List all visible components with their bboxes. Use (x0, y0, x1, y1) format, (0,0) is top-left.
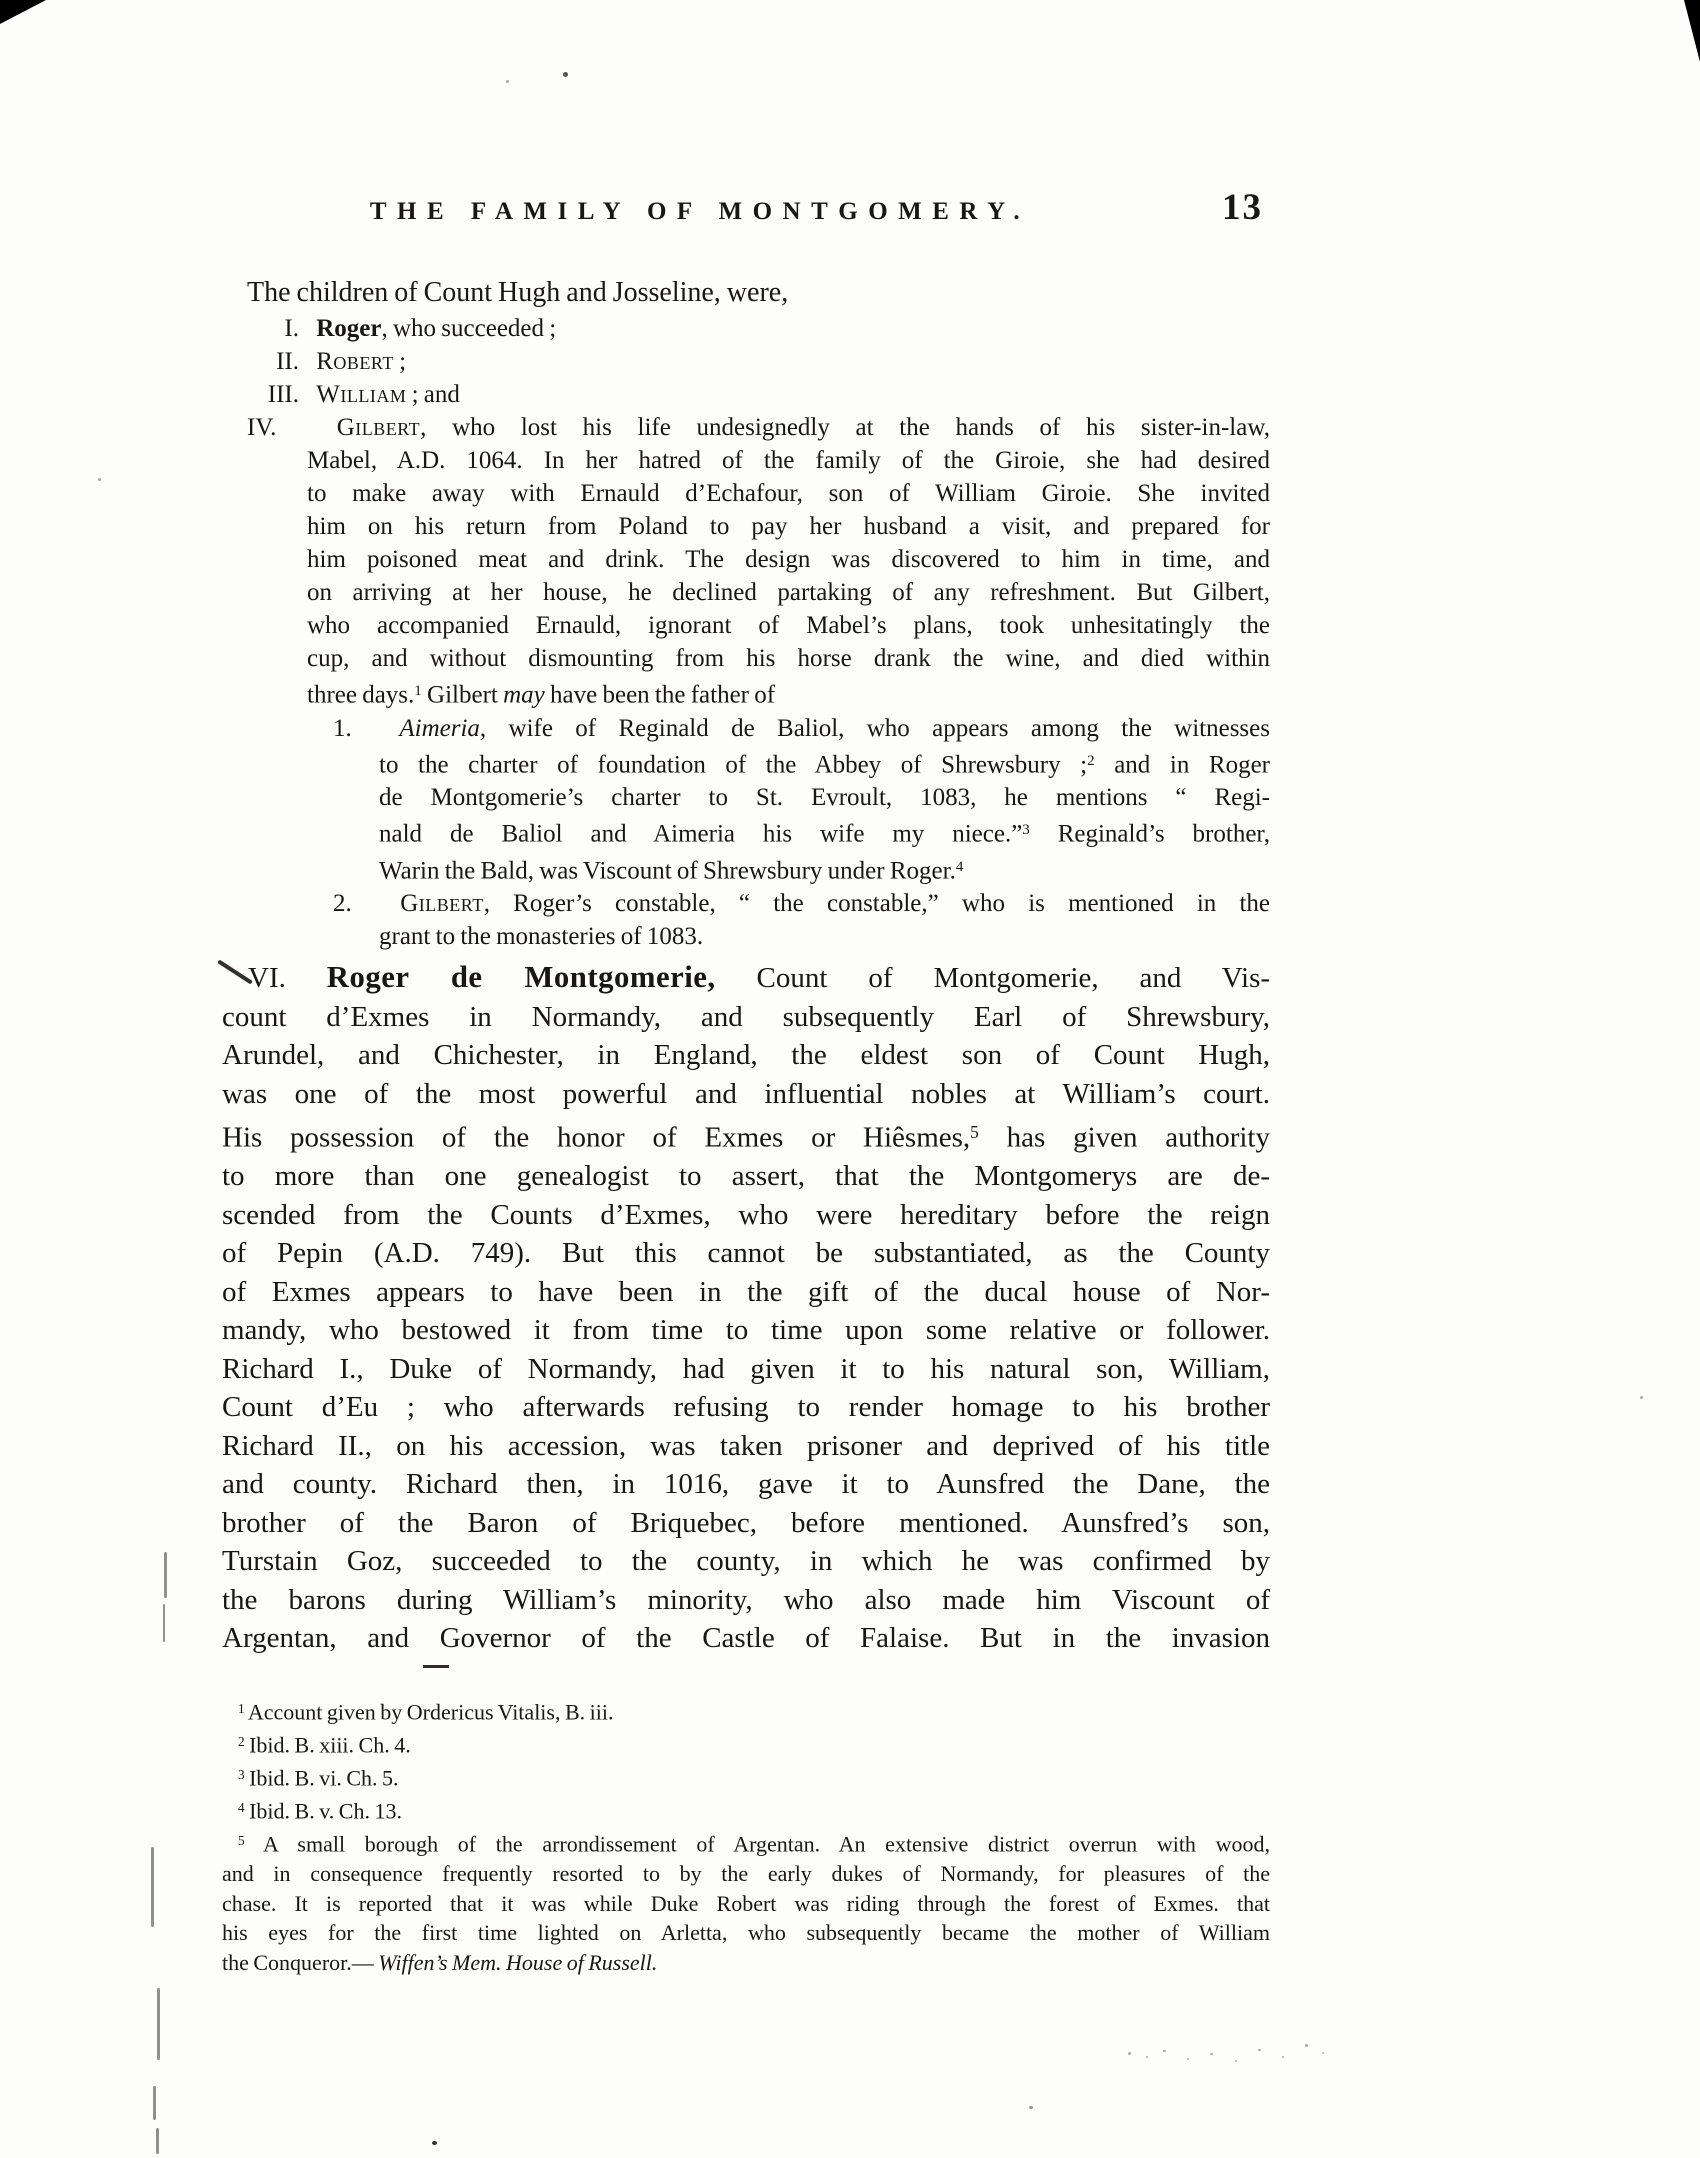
grandchild-item-aimeria: 1. Aimeria, wife of Reginald de Baliol, … (333, 712, 1270, 888)
text-line: chase. It is reported that it was while … (222, 1889, 1270, 1919)
text-line: Mabel, A.D. 1064. In her hatred of the f… (247, 444, 1270, 477)
scan-artifact-corner (1684, 0, 1700, 62)
child-item-roger: I. Roger, who succeeded ; (247, 312, 1270, 345)
scan-artifact-mark (156, 2128, 159, 2154)
footnote-separator (423, 1665, 449, 1668)
grandchild-item-gilbert: 2. Gilbert, Roger’s constable, “ the con… (333, 887, 1270, 953)
text-line: Argentan, and Governor of the Castle of … (222, 1619, 1270, 1658)
text-line: his eyes for the first time lighted on A… (222, 1918, 1270, 1948)
text-line: II. Robert ; (247, 345, 1270, 378)
header-title: THE FAMILY OF MONTGOMERY. (370, 198, 1030, 226)
styled-text: William (316, 381, 406, 408)
styled-text: 1. (333, 712, 363, 745)
text-line: brother of the Baron of Briquebec, befor… (222, 1504, 1270, 1543)
styled-text: may (503, 682, 545, 709)
scan-artifact-mark (151, 1847, 154, 1927)
scan-artifact-speck (1163, 2050, 1166, 2052)
text-line: VI. Roger de Montgomerie, Count of Montg… (222, 958, 1270, 998)
scan-artifact-speck (432, 2141, 437, 2145)
scan-artifact-corner (0, 0, 46, 24)
styled-text: III. (247, 378, 299, 411)
footnote-marker: 1 (238, 1701, 245, 1716)
footnote-marker: 1 (414, 683, 422, 699)
text-line: 5 A small borough of the arrondissement … (222, 1826, 1270, 1859)
styled-text: 2. (333, 887, 363, 920)
text-line: count d’Exmes in Normandy, and subsequen… (222, 998, 1270, 1037)
footnotes-section: 1 Account given by Ordericus Vitalis, B.… (222, 1694, 1270, 1977)
footnote-marker: 5 (970, 1122, 979, 1142)
text-line: 2. Gilbert, Roger’s constable, “ the con… (333, 887, 1270, 920)
running-header: THE FAMILY OF MONTGOMERY. (222, 198, 1270, 226)
intro-line: The children of Count Hugh and Josseline… (247, 274, 1270, 312)
scan-artifact-speck (1128, 2052, 1131, 2055)
child-item-robert: II. Robert ; (247, 345, 1270, 378)
text-line: who accompanied Ernauld, ignorant of Mab… (247, 609, 1270, 642)
text-line: mandy, who bestowed it from time to time… (222, 1311, 1270, 1350)
child-item-gilbert: IV. Gilbert, who lost his life undesigne… (247, 411, 1270, 712)
child-item-william: III. William ; and (247, 378, 1270, 411)
scan-artifact-mark (163, 1604, 165, 1642)
genealogy-section: The children of Count Hugh and Josseline… (247, 274, 1270, 953)
styled-text: I. (247, 312, 299, 345)
scan-artifact-mark (164, 1552, 167, 1598)
footnote-marker: 5 (238, 1833, 245, 1848)
scan-artifact-speck (1029, 2106, 1033, 2109)
text-line: de Montgomerie’s charter to St. Evroult,… (333, 781, 1270, 814)
text-line: Richard I., Duke of Normandy, had given … (222, 1350, 1270, 1389)
footnote-marker: 4 (956, 859, 964, 875)
scan-artifact-speck (1305, 2044, 1308, 2047)
text-line: was one of the most powerful and influen… (222, 1075, 1270, 1114)
text-line: scended from the Counts d’Exmes, who wer… (222, 1196, 1270, 1235)
styled-text: II. (247, 345, 299, 378)
text-line: III. William ; and (247, 378, 1270, 411)
footnote-2: 2 Ibid. B. xiii. Ch. 4. (222, 1727, 1270, 1760)
footnote-3: 3 Ibid. B. vi. Ch. 5. (222, 1760, 1270, 1793)
footnote-marker: 3 (1022, 822, 1030, 838)
text-line: of Exmes appears to have been in the gif… (222, 1273, 1270, 1312)
footnote-marker: 3 (238, 1767, 245, 1782)
text-line: IV. Gilbert, who lost his life undesigne… (247, 411, 1270, 444)
text-line: the Conqueror.— Wiffen’s Mem. House of R… (222, 1948, 1270, 1978)
text-line: three days.1 Gilbert may have been the f… (247, 675, 1270, 712)
footnote-5: 5 A small borough of the arrondissement … (222, 1826, 1270, 1977)
footnote-marker: 4 (238, 1800, 245, 1815)
styled-text: Wiffen’s Mem. House of Russell. (378, 1950, 657, 1975)
styled-text: Gilbert (337, 414, 420, 441)
main-paragraph: VI. Roger de Montgomerie, Count of Montg… (222, 958, 1270, 1658)
scan-artifact-speck (1322, 2052, 1324, 2054)
scan-artifact-speck (563, 72, 568, 77)
footnote-marker: 2 (1087, 753, 1095, 769)
text-line: nald de Baliol and Aimeria his wife my n… (333, 814, 1270, 851)
text-line: grant to the monasteries of 1083. (333, 920, 1270, 953)
text-line: on arriving at her house, he declined pa… (247, 576, 1270, 609)
text-line: I. Roger, who succeeded ; (247, 312, 1270, 345)
text-line: cup, and without dismounting from his ho… (247, 642, 1270, 675)
scan-artifact-speck (1282, 2056, 1284, 2058)
text-line: 3 Ibid. B. vi. Ch. 5. (222, 1760, 1270, 1793)
scan-artifact-mark (157, 1988, 160, 2060)
page-number: 13 (1222, 186, 1263, 229)
text-line: Arundel, and Chichester, in England, the… (222, 1036, 1270, 1075)
text-line: to more than one genealogist to assert, … (222, 1157, 1270, 1196)
scan-artifact-mark (153, 2086, 156, 2120)
text-line: Warin the Bald, was Viscount of Shrewsbu… (333, 851, 1270, 888)
styled-text: Aimeria (399, 715, 480, 742)
text-line: Richard II., on his accession, was taken… (222, 1427, 1270, 1466)
scan-artifact-speck (1235, 2060, 1237, 2062)
styled-text: Gilbert (400, 890, 483, 917)
scan-artifact-speck (98, 478, 101, 481)
scan-artifact-speck (1210, 2053, 1213, 2055)
scan-artifact-speck (1146, 2056, 1148, 2058)
grandchildren-list: 1. Aimeria, wife of Reginald de Baliol, … (333, 712, 1270, 954)
text-line: of Pepin (A.D. 749). But this cannot be … (222, 1234, 1270, 1273)
text-line: 4 Ibid. B. v. Ch. 13. (222, 1793, 1270, 1826)
text-line: the barons during William’s minority, wh… (222, 1581, 1270, 1620)
text-line: him on his return from Poland to pay her… (247, 510, 1270, 543)
text-line: Count d’Eu ; who afterwards refusing to … (222, 1388, 1270, 1427)
scan-artifact-speck (506, 80, 509, 83)
text-line: him poisoned meat and drink. The design … (247, 543, 1270, 576)
scan-artifact-speck (1258, 2049, 1261, 2051)
styled-text: IV. (247, 411, 299, 444)
text-line: 1 Account given by Ordericus Vitalis, B.… (222, 1694, 1270, 1727)
text-line: 2 Ibid. B. xiii. Ch. 4. (222, 1727, 1270, 1760)
text-line: His possession of the honor of Exmes or … (222, 1113, 1270, 1157)
book-page: THE FAMILY OF MONTGOMERY. 13 The childre… (0, 0, 1700, 2158)
text-line: and county. Richard then, in 1016, gave … (222, 1465, 1270, 1504)
scan-artifact-speck (1187, 2058, 1189, 2060)
styled-text: Roger (316, 315, 381, 342)
text-line: to the charter of foundation of the Abbe… (333, 745, 1270, 782)
styled-text: Roger de Montgomerie, (327, 960, 716, 994)
text-line: Turstain Goz, succeeded to the county, i… (222, 1542, 1270, 1581)
footnote-4: 4 Ibid. B. v. Ch. 13. (222, 1793, 1270, 1826)
text-line: 1. Aimeria, wife of Reginald de Baliol, … (333, 712, 1270, 745)
scan-artifact-speck (1640, 1396, 1643, 1399)
text-line: to make away with Ernauld d’Echafour, so… (247, 477, 1270, 510)
footnote-1: 1 Account given by Ordericus Vitalis, B.… (222, 1694, 1270, 1727)
footnote-marker: 2 (238, 1734, 245, 1749)
styled-text: Robert (316, 348, 394, 375)
text-line: and in consequence frequently resorted t… (222, 1859, 1270, 1889)
